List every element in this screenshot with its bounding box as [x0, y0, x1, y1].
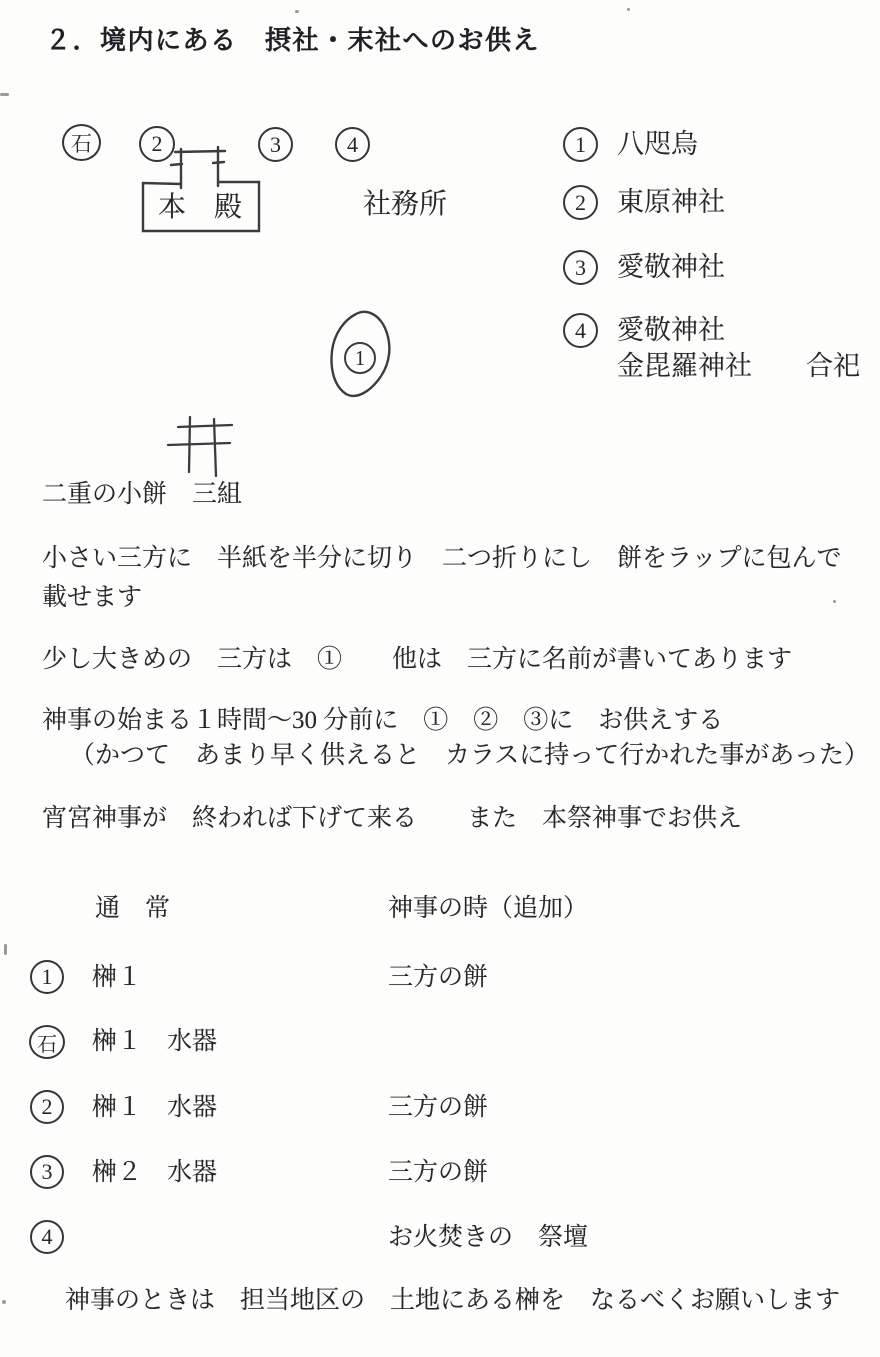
- row-4-marker-label: 4: [42, 1224, 53, 1250]
- legend-marker-1: 1: [563, 127, 598, 162]
- legend-4-name: 愛敬神社: [617, 314, 725, 348]
- scan-speck: [833, 600, 836, 603]
- row-4-marker: 4: [30, 1220, 64, 1254]
- mochi-stand-sketch: [162, 412, 240, 480]
- row-stone-marker: 石: [29, 1025, 65, 1059]
- scan-speck: [2, 1300, 6, 1304]
- marker-4-label: 4: [347, 132, 358, 158]
- scan-speck: [295, 10, 299, 13]
- yoimiya-note: 宵宮神事が 終われば下げて来る また 本祭神事でお供え: [42, 803, 742, 834]
- scan-speck: [627, 8, 630, 11]
- timing-line: 神事の始まる１時間～30 分前に ① ② ③に お供えする: [42, 705, 723, 736]
- row-3-ritual: 三方の餅: [388, 1157, 488, 1188]
- row-4-ritual: お火焚きの 祭壇: [388, 1222, 588, 1253]
- legend-4-name-line2: 金毘羅神社 合祀: [617, 350, 860, 384]
- row-stone-marker-label: 石: [37, 1028, 57, 1057]
- sanbo-note: 少し大きめの 三方は ① 他は 三方に名前が書いてあります: [42, 644, 792, 675]
- page-title: ２．境内にある 摂社・末社へのお供え: [45, 24, 540, 57]
- diagram-marker-4: 4: [335, 127, 370, 162]
- row-3-marker: 3: [30, 1155, 64, 1189]
- shamusho-label: 社務所: [363, 187, 447, 222]
- marker-3-label: 3: [270, 132, 281, 158]
- row-stone-normal: 榊１ 水器: [92, 1026, 217, 1057]
- row-2-ritual: 三方の餅: [388, 1092, 488, 1123]
- legend-marker-3: 3: [563, 250, 598, 285]
- mochi-caption: 二重の小餅 三組: [42, 479, 242, 510]
- diagram-stone-marker: 石: [62, 124, 101, 161]
- mochi-desc-line1: 小さい三方に 半紙を半分に切り 二つ折りにし 餅をラップに包んで: [42, 543, 842, 574]
- legend-1-name: 八咫烏: [617, 128, 698, 162]
- legend-2-num: 2: [575, 190, 586, 216]
- row-3-normal: 榊２ 水器: [92, 1157, 217, 1188]
- legend-3-name: 愛敬神社: [617, 251, 725, 285]
- row-1-marker-label: 1: [42, 964, 53, 990]
- blob-marker-label: 1: [355, 346, 366, 370]
- scan-speck: [0, 93, 9, 96]
- footer-note: 神事のときは 担当地区の 土地にある榊を なるべくお願いします: [65, 1285, 840, 1316]
- stone-marker-label: 石: [71, 128, 92, 158]
- mochi-desc-line2: 載せます: [42, 582, 142, 613]
- legend-4-num: 4: [575, 318, 586, 344]
- scanned-document-page: ２．境内にある 摂社・末社へのお供え 石 2 3 4 本 殿 社務所 1: [0, 0, 880, 1357]
- legend-marker-4: 4: [563, 313, 598, 348]
- row-2-marker: 2: [30, 1090, 64, 1124]
- table-header-normal: 通 常: [95, 893, 170, 924]
- scan-speck: [4, 944, 7, 955]
- legend-marker-2: 2: [563, 185, 598, 220]
- row-1-normal: 榊１: [92, 962, 142, 993]
- row-2-marker-label: 2: [42, 1094, 53, 1120]
- row-2-normal: 榊１ 水器: [92, 1092, 217, 1123]
- row-3-marker-label: 3: [42, 1159, 53, 1185]
- yatagarasu-spot-sketch: 1: [322, 306, 408, 410]
- table-header-ritual: 神事の時（追加）: [388, 893, 588, 924]
- legend-2-name: 東原神社: [617, 186, 725, 220]
- legend-3-num: 3: [575, 255, 586, 281]
- row-1-ritual: 三方の餅: [388, 962, 488, 993]
- row-1-marker: 1: [30, 960, 64, 994]
- honden-label: 本 殿: [158, 190, 242, 225]
- timing-note: （かつて あまり早く供えると カラスに持って行かれた事があった）: [70, 740, 869, 771]
- legend-1-num: 1: [575, 132, 586, 158]
